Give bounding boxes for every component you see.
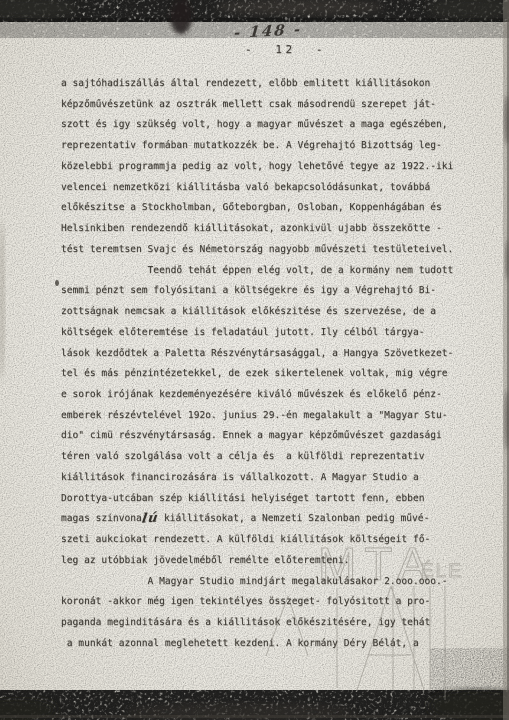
text-line: reprezentativ formában mutatkozzék be. A…: [61, 136, 461, 157]
text-line: Teendő tehát éppen elég volt, de a kormá…: [61, 261, 461, 282]
text-line: közelebbi programmja pedig az volt, hogy…: [61, 157, 461, 178]
text-line: dio" cimü részvénytársaság. Ennek a magy…: [61, 426, 461, 447]
typed-text-block: a sajtóhadiszállás által rendezett, előb…: [61, 74, 461, 655]
text-line: téren való szolgálása volt a célja és a …: [61, 447, 461, 468]
text-line: Dorottya-utcában szép kiállitási helyisé…: [61, 489, 461, 510]
text-line: tel és más pénzintézetekkel, de ezek sik…: [61, 364, 461, 385]
text-line: a sajtóhadiszállás által rendezett, előb…: [61, 74, 461, 95]
typed-page-number: - 12 -: [245, 43, 326, 56]
text-line: velencei nemzetközi kiállitásba való bek…: [61, 178, 461, 199]
handwritten-page-number: - 148 -: [233, 20, 303, 42]
text-line: magas szinvonalú kiállitásokat, a Nemzet…: [61, 509, 461, 530]
text-line: költségek előteremtése is feladatául jut…: [61, 323, 461, 344]
text-line: paganda meginditására és a kiállitások e…: [61, 613, 461, 634]
text-line: leg az utóbbiak jövedelméből remélte elő…: [61, 551, 461, 572]
text-line: a munkát azonnal meglehetett kezdeni. A …: [61, 634, 461, 655]
text-segment: magas szinvona: [61, 513, 142, 524]
text-line: emberek részévtelével 192o. junius 29.-é…: [61, 406, 461, 427]
text-line: koronát -akkor még igen tekintélyes össz…: [61, 592, 461, 613]
text-line: lások kezdődtek a Paletta Részvénytársas…: [61, 344, 461, 365]
text-line: zottságnak nemcsak a kiállitások előkész…: [61, 302, 461, 323]
text-line: szeti aukciokat rendezett. A külföldi ki…: [61, 530, 461, 551]
text-line: szott és igy szükség volt, hogy a magyar…: [61, 115, 461, 136]
text-line: A Magyar Studio mindjárt megalakulásakor…: [61, 572, 461, 593]
text-segment: kiállitásokat, a Nemzeti Szalonban pedig…: [158, 513, 429, 524]
text-line: tést teremtsen Svajc és Németország nagy…: [61, 240, 461, 261]
text-line: e sorok irójának kezdeményezésére kiváló…: [61, 385, 461, 406]
text-line: képzőművészetünk az osztrák mellett csak…: [61, 95, 461, 116]
text-line: semmi pénzt sem folyósitani a költségekr…: [61, 281, 461, 302]
handwritten-insertion: lú: [141, 514, 159, 525]
text-line: kiállitások financirozására is vállalkoz…: [61, 468, 461, 489]
text-line: előkészitse a Stockholmban, Gőteborgban,…: [61, 198, 461, 219]
bottom-scan-noise-band: [0, 648, 509, 720]
text-line: Helsinkiben rendezendő kiállitásokat, az…: [61, 219, 461, 240]
scanned-document-page: MTA ÉLE - 148 - - 12 - a sajtóhadiszállá…: [0, 0, 509, 720]
